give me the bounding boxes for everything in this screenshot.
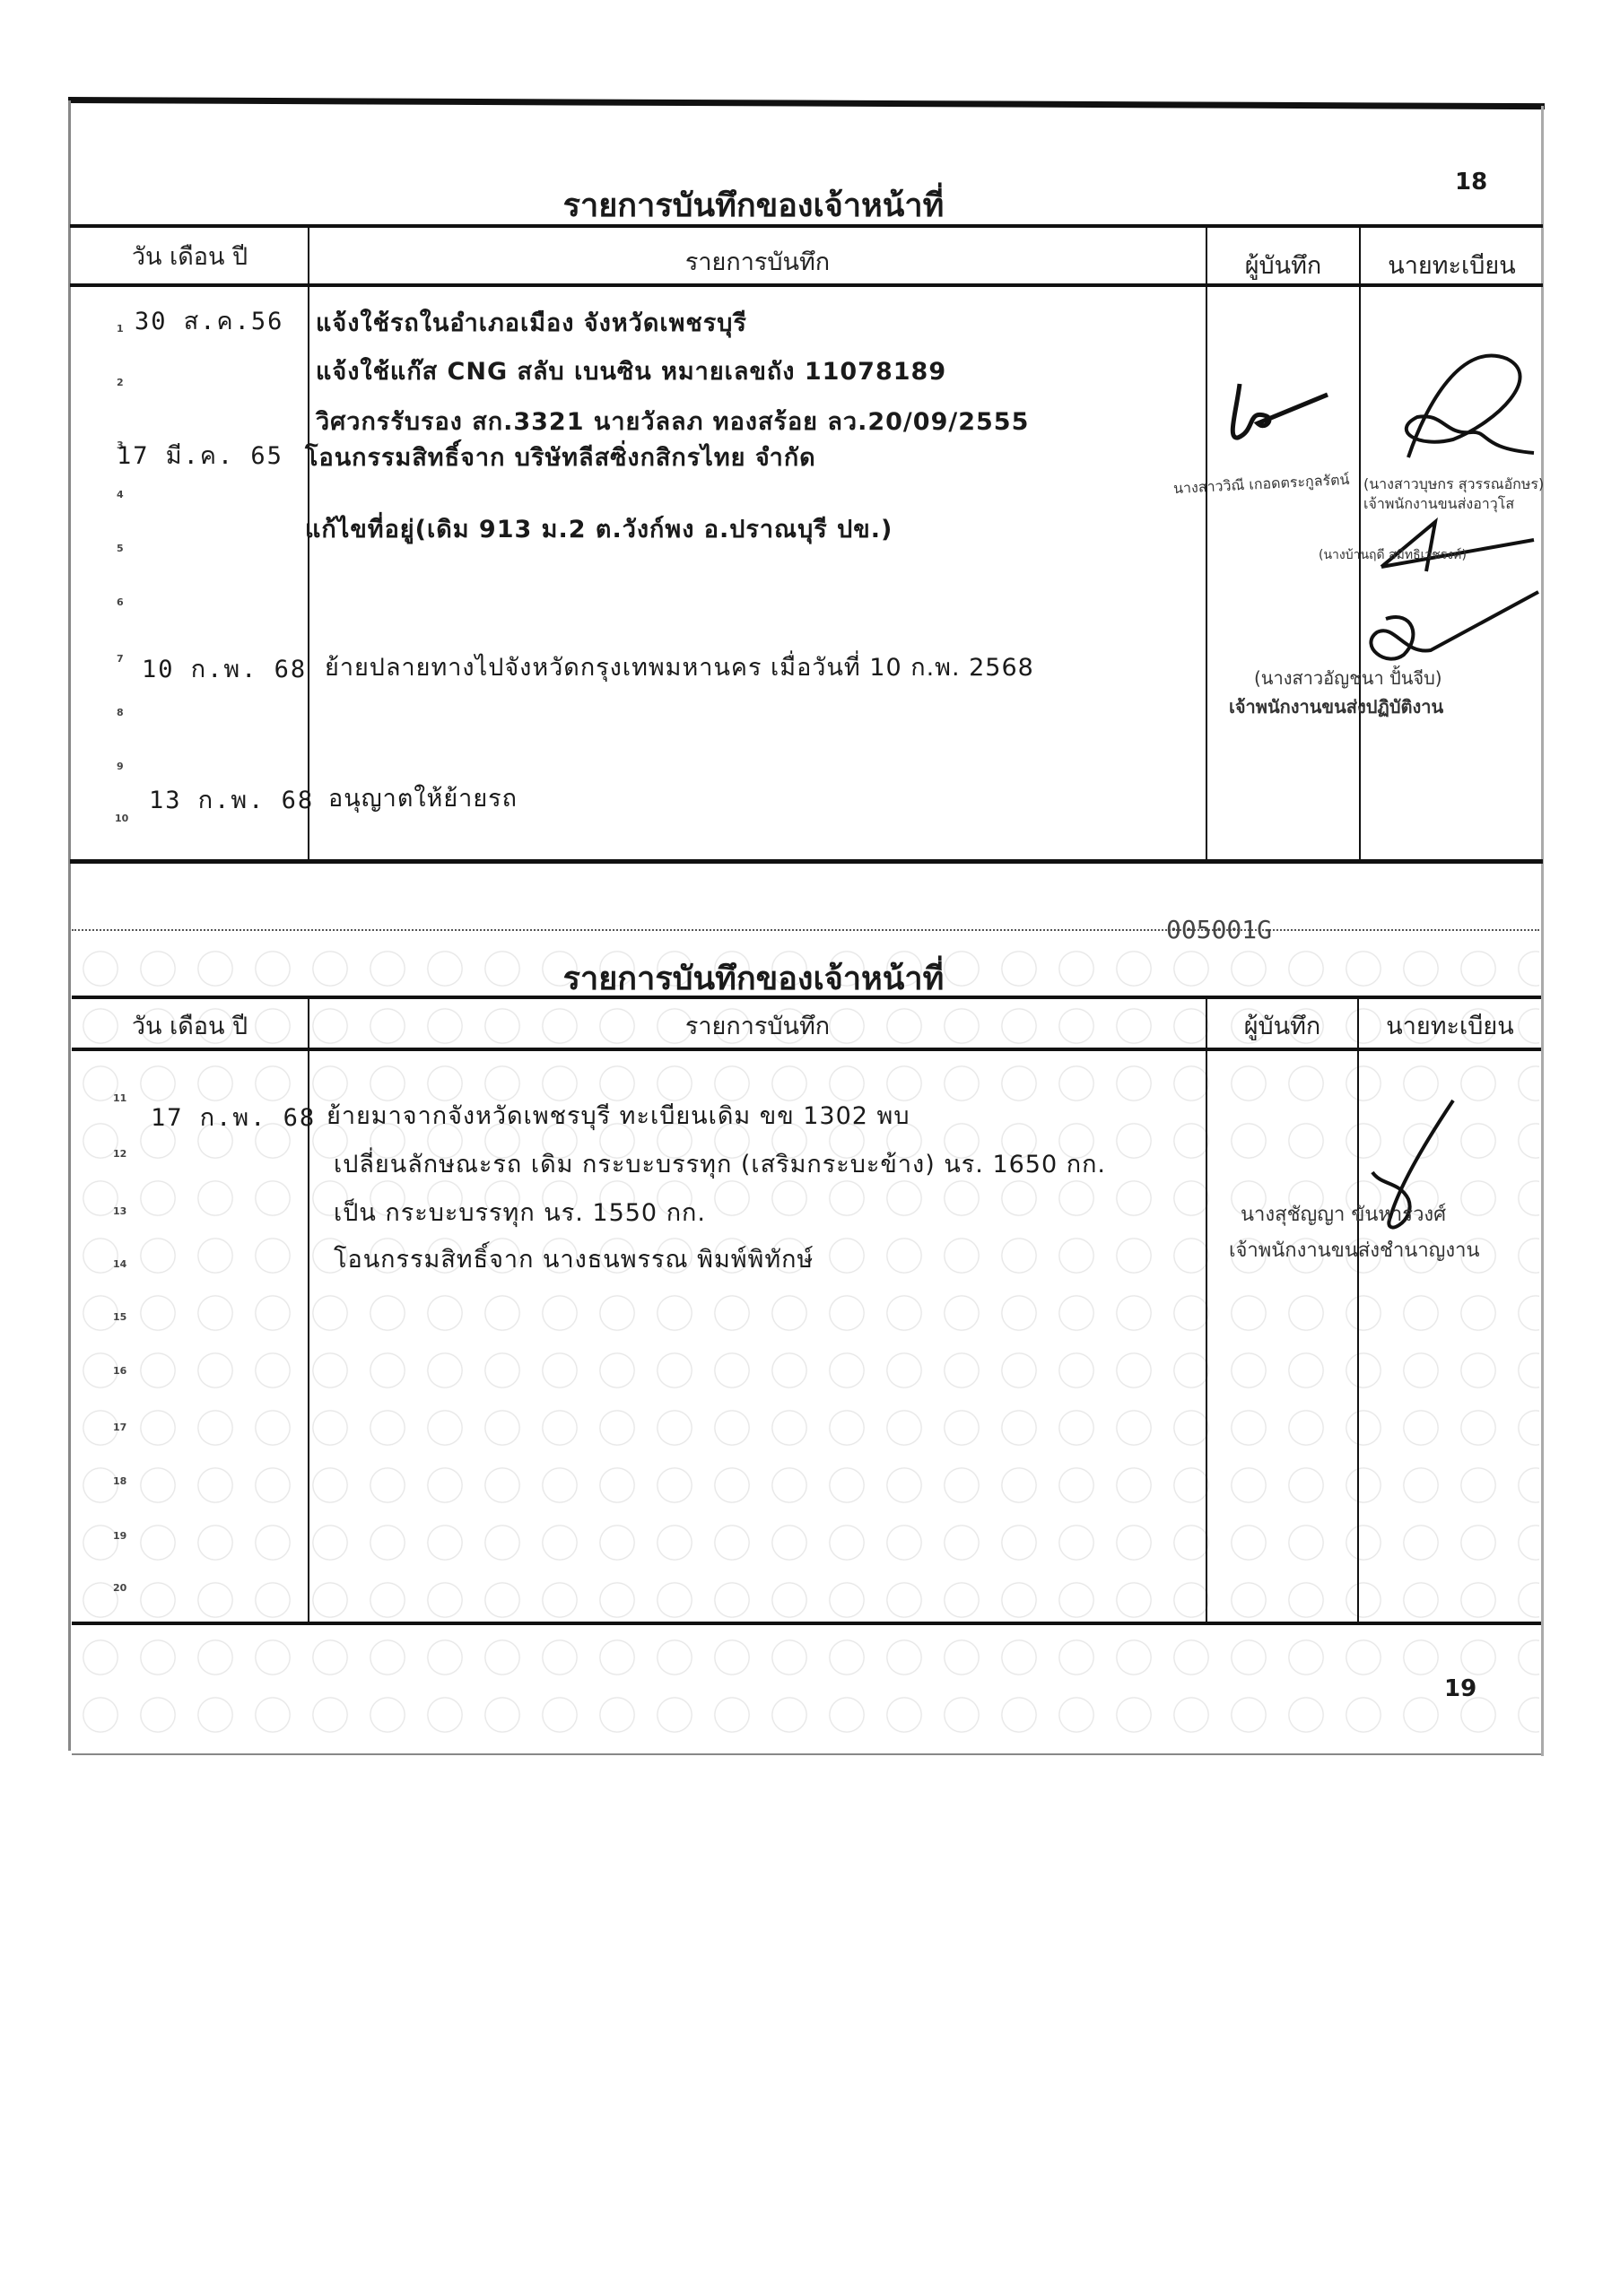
frame-bottom-rule: [72, 1753, 1541, 1755]
col-header-recorder: ผู้บันทึก: [1207, 1006, 1357, 1045]
top-frame-border: [68, 97, 1545, 109]
line-number: 10: [115, 813, 128, 824]
signature-name: (นางบ้านฤดี สมิทธิเวชรงค์): [1319, 545, 1467, 565]
header-top-rule: [70, 224, 1543, 228]
perforation-row: [72, 929, 1539, 940]
entry-date: 17 มี.ค. 65: [117, 436, 283, 474]
line-number: 8: [117, 707, 124, 718]
header-top-rule: [72, 996, 1541, 999]
entry-line: โอนกรรมสิทธิ์จาก นางธนพรรณ พิมพ์พิทักษ์: [334, 1239, 814, 1278]
entry-line: โอนกรรมสิทธิ์จาก บริษัทลีสซิ่งกสิกรไทย จ…: [305, 438, 816, 476]
signature-registrar-3: [1350, 583, 1543, 676]
line-number: 17: [113, 1422, 126, 1433]
entry-line: แก้ไขที่อยู่(เดิม 913 ม.2 ต.วังก์พง อ.ปร…: [305, 509, 893, 548]
col-header-entry: รายการบันทึก: [309, 1006, 1206, 1045]
left-frame-border: [68, 100, 71, 1751]
col-sep-2: [1206, 997, 1207, 1623]
line-number: 18: [113, 1475, 126, 1487]
entry-line: ย้ายมาจากจังหวัดเพชรบุรี ทะเบียนเดิม ขข …: [327, 1096, 910, 1135]
signature-name: นางสุชัญญา ขันหารวงศ์: [1241, 1198, 1446, 1230]
line-number: 7: [117, 653, 124, 665]
line-number: 15: [113, 1311, 126, 1323]
page-title: รายการบันทึกของเจ้าหน้าที่: [502, 179, 1005, 230]
col-header-registrar: นายทะเบียน: [1361, 246, 1543, 284]
entry-line: เปลี่ยนลักษณะรถ เดิม กระบะบรรทุก (เสริมก…: [334, 1144, 1106, 1183]
entry-line: เป็น กระบะบรรทุก นร. 1550 กก.: [334, 1193, 706, 1231]
col-header-registrar: นายทะเบียน: [1359, 1006, 1541, 1045]
entry-date: 30 ส.ค.56: [135, 301, 283, 340]
signature-title: เจ้าพนักงานขนส่งชำนาญงาน: [1229, 1234, 1480, 1265]
entry-line: วิศวกรรับรอง สก.3321 นายวัลลภ ทองสร้อย ล…: [316, 402, 1029, 440]
col-header-date: วัน เดือน ปี: [72, 1006, 308, 1045]
signature-name: นางสาววิณี เกอดตระกูลรัตน์: [1172, 469, 1350, 500]
col-header-recorder: ผู้บันทึก: [1207, 246, 1359, 284]
entry-date: 17 ก.พ. 68: [151, 1098, 316, 1136]
line-number: 20: [113, 1582, 126, 1594]
entry-date: 10 ก.พ. 68: [142, 649, 307, 688]
signature-name: (นางสาวอัญชนา ปั้นจีบ): [1254, 664, 1442, 692]
col-header-entry: รายการบันทึก: [309, 242, 1206, 281]
security-pattern-background: [72, 940, 1539, 1747]
col-header-date: วัน เดือน ปี: [72, 237, 308, 275]
entry-line: ย้ายปลายทางไปจังหวัดกรุงเทพมหานคร เมื่อว…: [325, 648, 1034, 686]
signature-registrar-1: [1354, 332, 1543, 488]
line-number: 14: [113, 1258, 126, 1270]
col-sep-1: [308, 997, 309, 1623]
table-bottom-rule: [70, 859, 1543, 864]
header-bottom-rule: [72, 1048, 1541, 1051]
col-sep-3: [1357, 997, 1359, 1623]
entry-line: แจ้งใช้แก๊ส CNG สลับ เบนซิน หมายเลขถัง 1…: [316, 352, 946, 390]
line-number: 5: [117, 543, 124, 554]
signature-recorder-1: [1229, 377, 1363, 461]
entry-line: แจ้งใช้รถในอำเภอเมือง จังหวัดเพชรบุรี: [316, 303, 747, 342]
page-number-19: 19: [1444, 1675, 1476, 1702]
signature-title: เจ้าพนักงานขนส่งปฏิบัติงาน: [1229, 692, 1443, 721]
entry-date: 13 ก.พ. 68: [149, 780, 314, 819]
col-sep-2: [1206, 226, 1207, 861]
line-number: 6: [117, 596, 124, 608]
line-number: 1: [117, 323, 124, 335]
col-sep-3: [1359, 226, 1361, 861]
entry-line: อนุญาตให้ย้ายรถ: [328, 778, 518, 817]
line-number: 13: [113, 1205, 126, 1217]
table-bottom-rule: [72, 1622, 1541, 1625]
page-number-18: 18: [1455, 169, 1487, 196]
serial-fragment: 005001G: [1166, 915, 1272, 944]
line-number: 12: [113, 1148, 126, 1160]
line-number: 9: [117, 761, 124, 772]
line-number: 19: [113, 1530, 126, 1542]
line-number: 4: [117, 489, 124, 500]
line-number: 16: [113, 1365, 126, 1377]
line-number: 11: [113, 1092, 126, 1104]
line-number: 2: [117, 377, 124, 388]
